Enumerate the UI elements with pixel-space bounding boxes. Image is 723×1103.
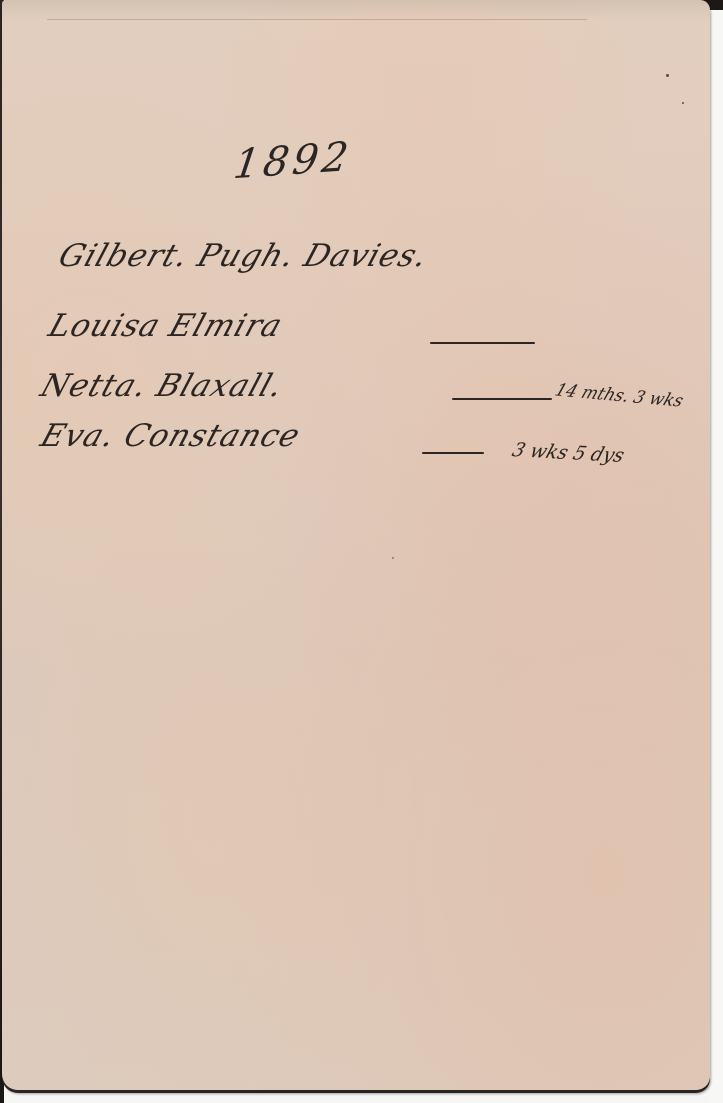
entry-age-4: 3 wks 5 dys	[509, 439, 627, 467]
entry-dash-3	[452, 398, 552, 400]
foxing-speck	[666, 74, 669, 77]
entry-age-3: 14 mths. 3 wks	[552, 380, 686, 411]
scanner-margin-right	[710, 10, 723, 1103]
entry-name-3: Netta. Blaxall.	[36, 368, 288, 404]
entry-name-4: Eva. Constance	[36, 418, 305, 454]
entry-name-1: Gilbert. Pugh. Davies.	[54, 238, 433, 274]
photo-card-back: 1892 Gilbert. Pugh. Davies. Louisa Elmir…	[2, 0, 710, 1090]
card-top-band	[2, 0, 710, 20]
entry-name-2: Louisa Elmira	[44, 308, 287, 344]
foxing-speck	[682, 102, 684, 104]
scan-frame: 1892 Gilbert. Pugh. Davies. Louisa Elmir…	[0, 0, 723, 1103]
year-inscription: 1892	[231, 134, 355, 189]
card-crease-line	[47, 19, 587, 20]
entry-dash-4	[422, 452, 484, 454]
foxing-speck	[392, 557, 394, 559]
entry-dash-2	[430, 342, 535, 344]
